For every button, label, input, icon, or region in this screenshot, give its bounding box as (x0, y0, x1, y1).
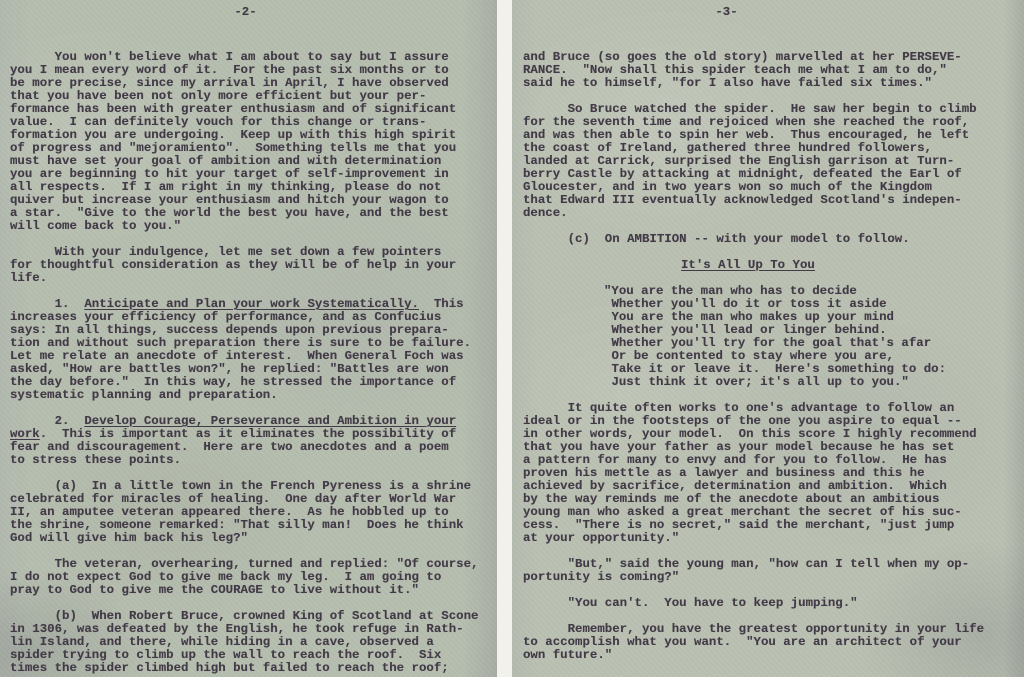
poem-title-underlined: It's All Up To You (681, 258, 815, 272)
point-2-body: . This is important as it eliminates the… (10, 427, 456, 467)
poem: "You are the man who has to decide Wheth… (604, 285, 1010, 389)
point-1-underlined-heading: Anticipate and Plan your work Systematic… (84, 297, 419, 311)
para-pointers: With your indulgence, let me set down a … (10, 246, 481, 285)
para-ambition-intro: (c) On AMBITION -- with your model to fo… (523, 233, 1010, 246)
page-2-number: -2- (10, 6, 481, 19)
point-1-lead: 1. (10, 297, 84, 311)
para-anecdote-b: (b) When Robert Bruce, crowned King of S… (10, 610, 481, 675)
point-1-body: This increases your efficiency of perfor… (10, 297, 471, 402)
page-2: -2- You won't believe what I am about to… (0, 0, 497, 677)
scanned-letter: -2- You won't believe what I am about to… (0, 0, 1024, 677)
page-3-number: -3- (512, 6, 970, 19)
para-remember: Remember, you have the greatest opportun… (523, 623, 1010, 662)
para-veteran-reply: The veteran, overhearing, turned and rep… (10, 558, 481, 597)
para-opening: You won't believe what I am about to say… (10, 51, 481, 233)
page-3: -3- and Bruce (so goes the old story) ma… (512, 0, 1024, 677)
para-model: It quite often works to one's advantage … (523, 402, 1010, 545)
poem-title: It's All Up To You (681, 259, 1010, 272)
para-answer: "You can't. You have to keep jumping." (523, 597, 1010, 610)
para-bruce-watched: So Bruce watched the spider. He saw her … (523, 103, 1010, 220)
para-perseverance: and Bruce (so goes the old story) marvel… (523, 51, 1010, 90)
para-question: "But," said the young man, "how can I te… (523, 558, 1010, 584)
numbered-point-1: 1. Anticipate and Plan your work Systema… (10, 298, 481, 402)
para-anecdote-a: (a) In a little town in the French Pyren… (10, 480, 481, 545)
point-2-lead: 2. (10, 414, 84, 428)
numbered-point-2: 2. Develop Courage, Perseverance and Amb… (10, 415, 481, 467)
